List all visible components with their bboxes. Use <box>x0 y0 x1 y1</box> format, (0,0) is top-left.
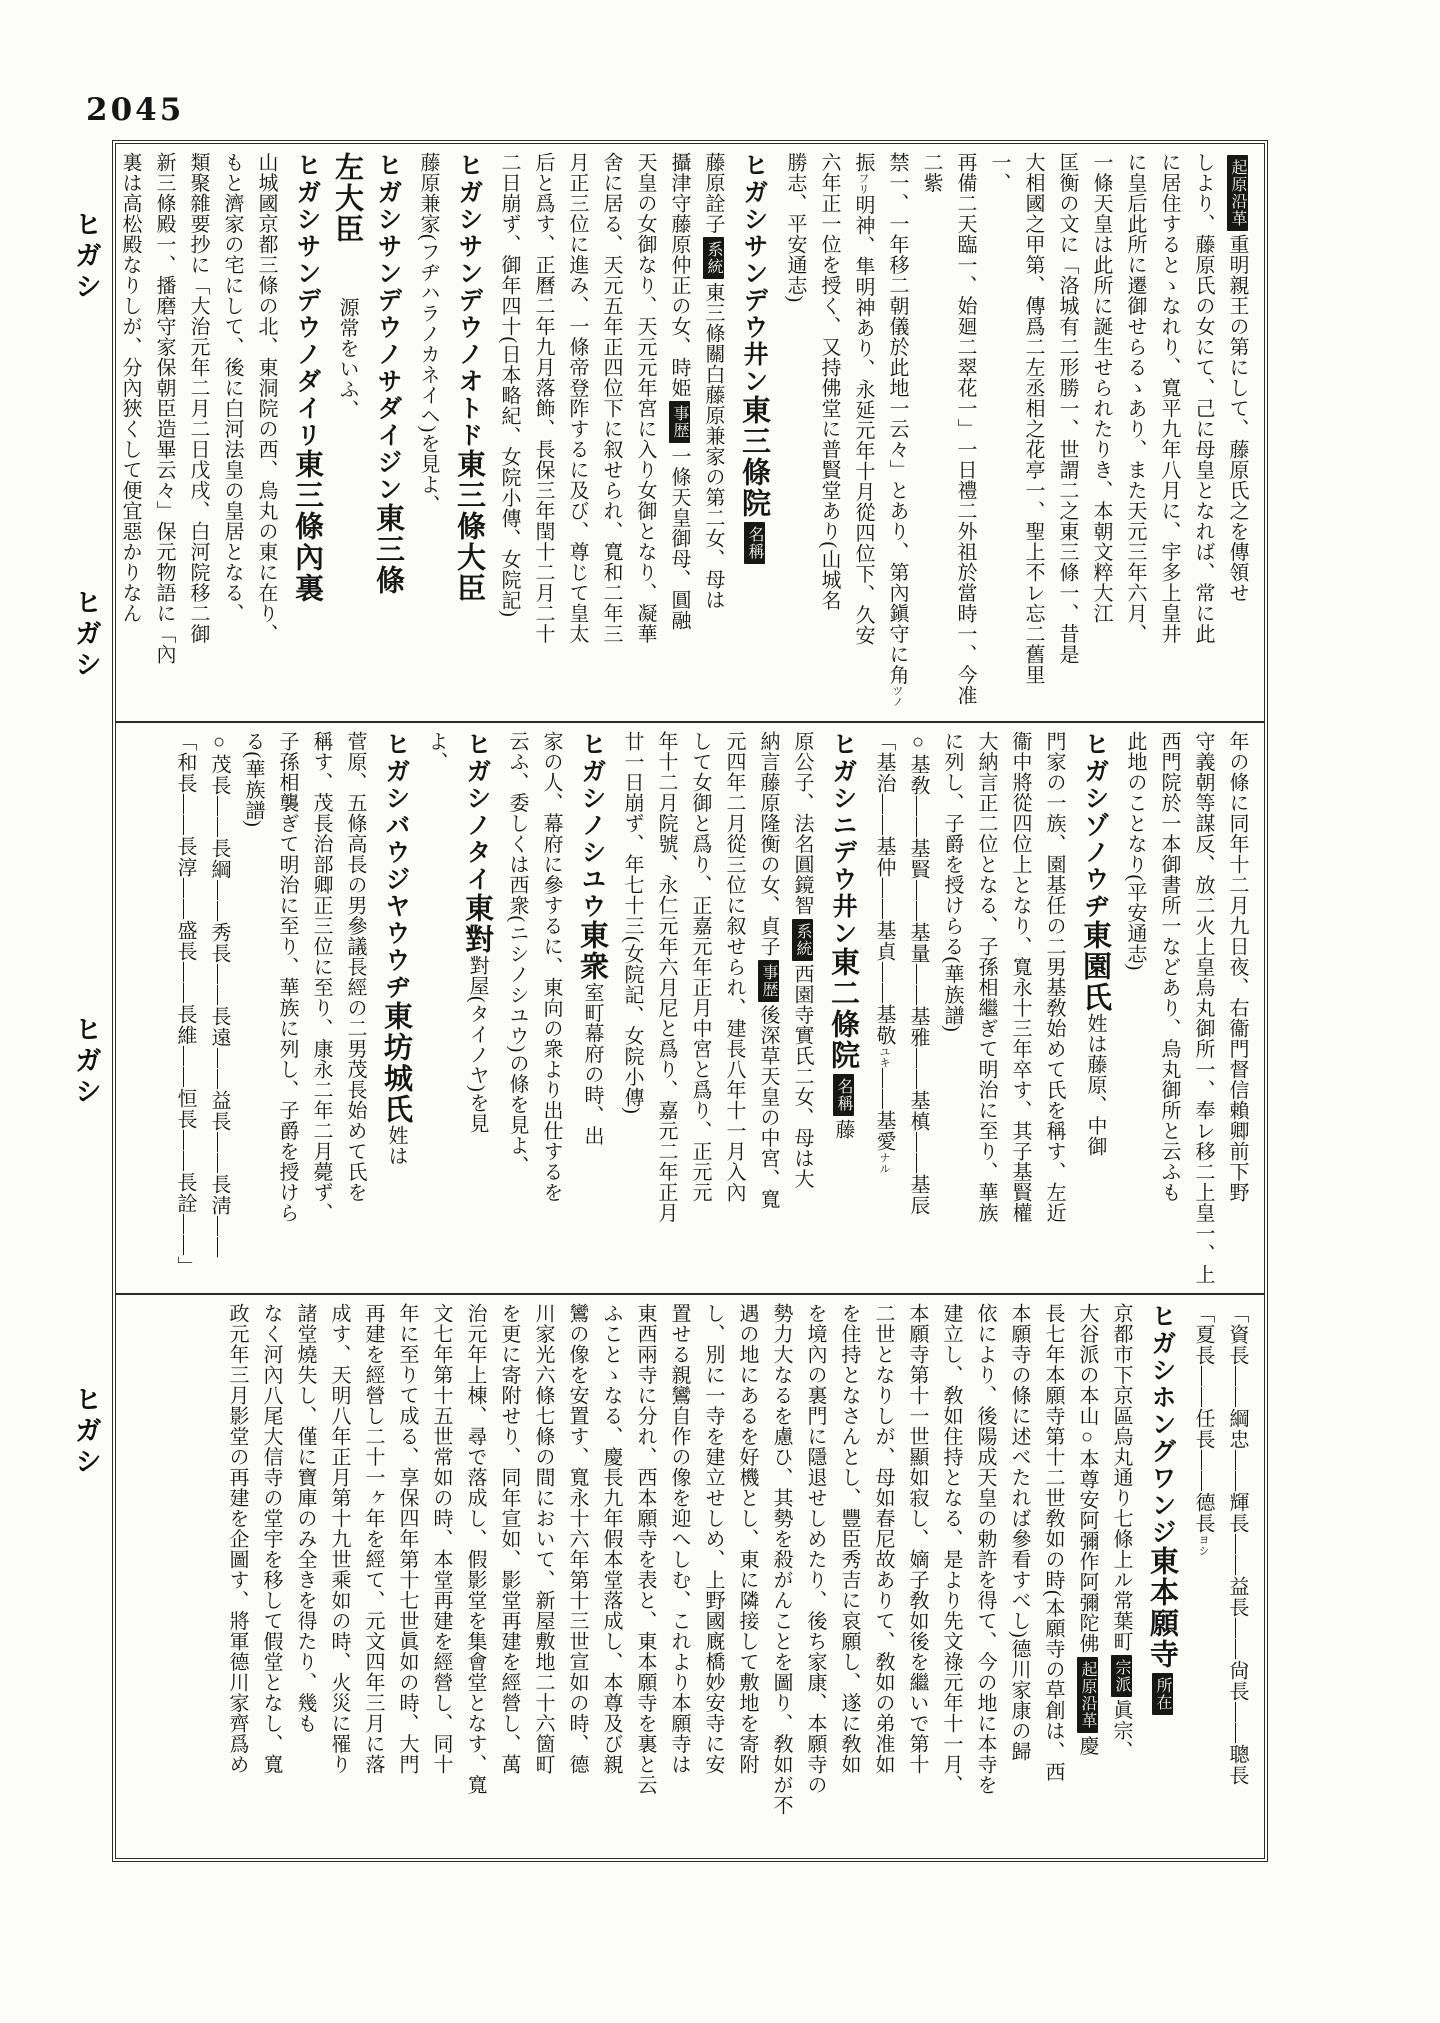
text-segment: 東衆 <box>576 920 608 982</box>
text-segment: ○基敎——基賢——基量——基雅——基槙——基辰 <box>907 731 929 1216</box>
text-segment: 室町幕府の時、出 <box>581 982 603 1146</box>
page-frame: 起原沿革重明親王の第にして、藤原氏之を傳領せしより、藤原氏の女にて、己に母皇とな… <box>112 140 1268 1862</box>
section-label: 系統 <box>792 919 813 961</box>
entry-heading-higashinoshuu: ヒガシノシユウ東衆室町幕府の時、出 <box>568 731 615 1285</box>
text-segment: 諸堂燒失し、僅に寶庫のみ全きを得たり、幾も <box>294 1303 316 1734</box>
text-segment: 東園氏 <box>1079 920 1111 1013</box>
text-segment: 依により、後陽成天皇の勅許を得て、今の地に本寺を <box>974 1303 996 1795</box>
text-segment: ふことゝなる、慶長九年假本堂落成し、本尊及び親 <box>600 1303 622 1775</box>
text-segment: 勢力大なるを慮ひ、其勢を殺がんことを圖り、敎如が不 <box>770 1303 792 1816</box>
text-column: 京都市下京區烏丸通り七條上ル常葉町宗派眞宗、 <box>1104 1303 1138 1850</box>
text-column: を境內の裏門に隱退せしめたり、後ち家康、本願寺の <box>798 1303 832 1850</box>
text-segment: 姓は藤原、中御 <box>1084 1013 1106 1157</box>
text-segment: 守義朝等謀反、放二火上皇烏丸御所一、奉レ移二上皇一、上 <box>1192 731 1214 1285</box>
text-segment: 攝津守藤原仲正の女、時姫 <box>668 152 690 398</box>
text-segment: 再備二天臨一、始廻二翠花一」一日禮二外祖於當時一、今准二紫 <box>920 152 976 706</box>
text-segment: して女御と爲り、正嘉元年正月中宮と爲り、正元元 <box>689 731 711 1203</box>
text-segment: 置せる親鸞自作の像を迎へしむ、これより本願寺は <box>668 1303 690 1775</box>
genealogy-column: 「夏長——任長——德長ヨシ <box>1186 1303 1220 1850</box>
text-segment: 藤原詮子 <box>702 152 724 234</box>
text-column: に列し、子爵を授けらる(華族譜) <box>935 731 969 1285</box>
text-segment: を更に寄附せり、同年宣如、影堂再建を經營し、萬 <box>498 1303 520 1775</box>
text-segment: ヒガシサンデウノオトド <box>455 152 483 449</box>
text-segment: 衞中將從四位上となり、寬永十三年卒す、其子基賢權 <box>1009 731 1031 1223</box>
text-column: 藤原兼家(フヂハラノカネイヘ)を見よ、 <box>411 152 445 713</box>
text-column: 一條天皇は此所に誕生せられたりき、本朝文粹大江 <box>1084 152 1118 713</box>
text-band-middle: 年の條に同年十二月九日夜、右衞門督信賴卿前下野守義朝等謀反、放二火上皇烏丸御所一… <box>116 721 1264 1293</box>
text-segment: 本願寺の條に述べたれば參看すべし)德川家康の歸 <box>1008 1303 1030 1761</box>
text-segment: 遇の地にあるを好機とし、東に隣接して敷地を寄附 <box>736 1303 758 1775</box>
text-column: 藤原詮子系統東三條關白藤原兼家の第二女、母は <box>696 152 730 713</box>
text-segment: 大相國之甲第、傳爲二左丞相之花亭一、聖上不レ忘二舊里一、 <box>988 152 1044 685</box>
text-band-bottom: 「資長——綱忠——輝長——益長——尙長——聰長「夏長——任長——德長ヨシヒガシホ… <box>116 1293 1264 1858</box>
text-column: 年の條に同年十二月九日夜、右衞門督信賴卿前下野 <box>1220 731 1254 1285</box>
text-column: 諸堂燒失し、僅に寶庫のみ全きを得たり、幾も <box>288 1303 322 1850</box>
text-segment: 東本願寺 <box>1146 1546 1178 1670</box>
text-segment: ヒガシサンデウノダイリ <box>293 152 321 449</box>
text-column: を住持となさんとし、豐臣秀吉に哀願し、遂に敎如 <box>832 1303 866 1850</box>
text-segment: 原公子、法名圓鏡智 <box>791 731 813 916</box>
section-label: 名稱 <box>833 1074 854 1116</box>
text-column: に皇后此所に遷御せらるゝあり、また天元三年六月、 <box>1118 152 1152 713</box>
text-segment: 東三條院 <box>738 395 770 519</box>
text-segment: 年の條に同年十二月九日夜、右衞門督信賴卿前下野 <box>1226 731 1248 1203</box>
entry-heading-higashisandeunodairi: ヒガシサンデウノダイリ東三條內裏 <box>283 152 330 713</box>
text-column: 子孫相襲ぎて明治に至り、華族に列し、子爵を授けら <box>270 731 304 1285</box>
text-column: 天皇の女御なり、天元元年宮に入り女御となり、凝華 <box>628 152 662 713</box>
margin-tab: ヒガシ <box>64 1385 106 1478</box>
text-segment: ——基愛 <box>873 1068 895 1152</box>
text-column: る(華族譜) <box>236 731 270 1285</box>
text-segment: ユキ <box>878 1046 890 1068</box>
text-segment: に列し、子爵を授けらる(華族譜) <box>941 731 963 1032</box>
text-segment: 東三條關白藤原兼家の第二女、母は <box>702 282 724 610</box>
text-column: 門家の一族、園基任の二男基敎始めて氏を稱す、左近 <box>1037 731 1071 1285</box>
text-column: 裏は高松殿なりしが、分內狹くして便宜惡かりなん <box>116 152 147 713</box>
text-column: しより、藤原氏の女にて、己に母皇となれば、常に此 <box>1186 152 1220 713</box>
text-column: 成す、天明八年正月第十九世乘如の時、火災に罹り <box>322 1303 356 1850</box>
text-column: ふことゝなる、慶長九年假本堂落成し、本尊及び親 <box>594 1303 628 1850</box>
text-segment: 新三條殿一、播磨守家保朝臣造畢云々」保元物語に「內 <box>153 152 175 665</box>
entry-heading-higashizonouji: ヒガシゾノウヂ東園氏姓は藤原、中御 <box>1071 731 1118 1285</box>
text-segment: 京都市下京區烏丸通り七條上ル常葉町 <box>1110 1303 1132 1652</box>
text-segment: ヒガシバウジヤウウヂ <box>382 731 410 1001</box>
text-column: 鸞の像を安置す、寬永十六年第十三世宣如の時、德 <box>560 1303 594 1850</box>
scanned-dictionary-page: 2045 ヒガシ ヒガシ ヒガシ ヒガシ 起原沿革重明親王の第にして、藤原氏之を… <box>0 0 1440 2023</box>
text-segment: なく河內八尾大信寺の堂宇を移して假堂となし、寬 <box>260 1303 282 1775</box>
text-segment: ヨシ <box>1197 1534 1209 1556</box>
text-column: 元四年二月從三位に叙せられ、建長八年十一月入內 <box>717 731 751 1285</box>
text-column: 此地のことなり(平安通志) <box>1118 731 1152 1285</box>
text-column: 二世となりしが、母如春尼故ありて、敎如の弟准如 <box>866 1303 900 1850</box>
text-segment: 「資長——綱忠——輝長——益長——尙長——聰長 <box>1226 1303 1248 1786</box>
text-column: よ、 <box>419 731 453 1285</box>
text-segment: 大谷派の本山○本尊安阿彌作阿彌陀佛 <box>1076 1303 1098 1654</box>
text-segment: 鸞の像を安置す、寬永十六年第十三世宣如の時、德 <box>566 1303 588 1775</box>
text-column: 本願寺の條に述べたれば參看すべし)德川家康の歸 <box>1002 1303 1036 1850</box>
text-segment: し、別に一寺を建立せしめ、上野國廐橋妙安寺に安 <box>702 1303 724 1775</box>
text-column: 勢力大なるを慮ひ、其勢を殺がんことを圖り、敎如が不 <box>764 1303 798 1850</box>
entry-heading-higashinotai: ヒガシノタイ東對對屋(タイノヤ)を見 <box>453 731 500 1285</box>
text-segment: 大納言正二位となる、子孫相繼ぎて明治に至り、華族 <box>975 731 997 1223</box>
entry-heading-higashisandeunootodo: ヒガシサンデウノオトド東三條大臣 <box>445 152 492 713</box>
text-segment: 再建を經營し二十一ヶ年を經て、元文四年三月に落 <box>362 1303 384 1775</box>
text-column: 月正三位に進み、一條帝登阼するに及び、尊じて皇太 <box>560 152 594 713</box>
margin-tab: ヒガシ <box>64 210 106 303</box>
text-column: 守義朝等謀反、放二火上皇烏丸御所一、奉レ移二上皇一、上 <box>1186 731 1220 1285</box>
page-number: 2045 <box>86 92 184 128</box>
text-segment: 西門院於一本御書所一などあり、烏丸御所と云ふも <box>1158 731 1180 1203</box>
text-column: 年十二月院號、永仁元年六月尼と爲り、嘉元二年正月 <box>649 731 683 1285</box>
text-segment: 東三條內裏 <box>291 449 323 604</box>
text-segment: 六年正一位を授く、又持佛堂に普賢堂あり(山城名 <box>818 152 840 610</box>
text-column: 遇の地にあるを好機とし、東に隣接して敷地を寄附 <box>730 1303 764 1850</box>
text-column: 起原沿革重明親王の第にして、藤原氏之を傳領せ <box>1220 152 1254 713</box>
text-segment: 對屋(タイノヤ)を見 <box>466 955 488 1133</box>
text-segment: 勝志、平安通志) <box>784 152 806 303</box>
genealogy-column: 「基治——基仲——基貞——基敬ユキ——基愛ナル <box>867 731 901 1285</box>
entry-heading-higashisandewin: ヒガシサンデウ井ン東三條院名稱 <box>730 152 778 713</box>
text-segment: 稱す、茂長治部卿正三位に至り、康永二年二月薨ず、 <box>310 731 332 1223</box>
entry-heading-higashinidewin: ヒガシニデウ井ン東二條院名稱藤 <box>819 731 867 1285</box>
text-segment: に皇后此所に遷御せらるゝあり、また天元三年六月、 <box>1124 152 1146 644</box>
text-segment: 元四年二月從三位に叙せられ、建長八年十一月入內 <box>723 731 745 1203</box>
text-segment: 禁一、一年移二朝儀於此地一云々」とあり、第內鎭守に角 <box>886 152 908 685</box>
text-segment: 納言藤原隆衡の女、貞子 <box>757 731 779 957</box>
text-segment: 藤原兼家(フヂハラノカネイヘ)を見よ、 <box>417 152 439 515</box>
text-segment: 眞宗、 <box>1110 1700 1132 1762</box>
text-segment: 此地のことなり(平安通志) <box>1124 731 1146 971</box>
text-segment: 源常をいふ、 <box>336 297 358 420</box>
text-column: 六年正一位を授く、又持佛堂に普賢堂あり(山城名 <box>812 152 846 713</box>
text-segment: 姓は <box>385 1125 407 1166</box>
text-segment: 振 <box>852 152 874 173</box>
text-segment: 年に至りて成る、享保四年第十七世眞如の時、大門 <box>396 1303 418 1775</box>
text-segment: 一條天皇御母、圓融 <box>668 446 690 631</box>
text-segment: 東三條大臣 <box>453 449 485 604</box>
text-column: 匡衡の文に「洛城有二形勝一、世謂二之東三條一、昔是 <box>1050 152 1084 713</box>
text-column: 二日崩ず、御年四十(日本略紀、女院小傳、女院記) <box>492 152 526 713</box>
text-segment: 慶 <box>1076 1736 1098 1757</box>
text-segment: 二世となりしが、母如春尼故ありて、敎如の弟准如 <box>872 1303 894 1775</box>
genealogy-column: ○基敎——基賢——基量——基雅——基槙——基辰 <box>901 731 935 1285</box>
text-segment: 建立し、敎如住持となる、是より先文祿元年十一月、 <box>940 1303 962 1795</box>
text-segment: 東三條 <box>372 503 404 596</box>
text-segment: 重明親王の第にして、藤原氏之を傳領せ <box>1226 234 1248 603</box>
text-segment: もと濟家の宅にして、後に白河法皇の皇居となる、 <box>221 152 243 624</box>
text-segment: 東西兩寺に分れ、西本願寺を表と、東本願寺を裏と云 <box>634 1303 656 1795</box>
text-column: 年に至りて成る、享保四年第十七世眞如の時、大門 <box>390 1303 424 1850</box>
text-segment: 本願寺第十一世顯如寂し、嫡子敎如後を繼いで第十 <box>906 1303 928 1775</box>
text-segment: 西園寺實氏二女、母は大 <box>791 964 813 1190</box>
text-column: 再建を經營し二十一ヶ年を經て、元文四年三月に落 <box>356 1303 390 1850</box>
text-column: 左大臣源常をいふ、 <box>330 152 364 713</box>
text-segment: フリ <box>857 173 869 195</box>
text-column: 云ふ、委しくは西衆(ニシノシユウ)の條を見よ、 <box>500 731 534 1285</box>
section-label: 事歴 <box>669 401 690 443</box>
text-segment: 文七年第十五世常如の時、本堂再建を經營し、同十 <box>430 1303 452 1775</box>
text-segment: を境內の裏門に隱退せしめたり、後ち家康、本願寺の <box>804 1303 826 1795</box>
text-column: 治元年上棟、尋で落成し、假影堂を集會堂となす、寬 <box>458 1303 492 1850</box>
text-column: 再備二天臨一、始廻二翠花一」一日禮二外祖於當時一、今准二紫 <box>914 152 982 713</box>
text-segment: 東坊城氏 <box>380 1001 412 1125</box>
section-label: 宗派 <box>1111 1655 1132 1697</box>
text-segment: しより、藤原氏の女にて、己に母皇となれば、常に此 <box>1192 152 1214 644</box>
text-column: 禁一、一年移二朝儀於此地一云々」とあり、第內鎭守に角ツノ <box>880 152 914 713</box>
text-segment: 天皇の女御なり、天元元年宮に入り女御となり、凝華 <box>634 152 656 644</box>
genealogy-column: 「和長——長淳——盛長——長維——恒長——長詮——」 <box>168 731 202 1285</box>
text-segment: 治元年上棟、尋で落成し、假影堂を集會堂となす、寬 <box>464 1303 486 1795</box>
text-segment: る(華族譜) <box>242 731 264 827</box>
text-segment: 門家の一族、園基任の二男基敎始めて氏を稱す、左近 <box>1043 731 1065 1223</box>
text-segment: 成す、天明八年正月第十九世乘如の時、火災に罹り <box>328 1303 350 1775</box>
text-segment: を住持となさんとし、豐臣秀吉に哀願し、遂に敎如 <box>838 1303 860 1775</box>
text-segment: ヒガシニデウ井ン <box>829 731 857 947</box>
text-column: 稱す、茂長治部卿正三位に至り、康永二年二月薨ず、 <box>304 731 338 1285</box>
text-segment: ヒガシホングワンジ <box>1148 1303 1176 1546</box>
text-band-top: 起原沿革重明親王の第にして、藤原氏之を傳領せしより、藤原氏の女にて、己に母皇とな… <box>116 144 1264 721</box>
text-column: 東西兩寺に分れ、西本願寺を表と、東本願寺を裏と云 <box>628 1303 662 1850</box>
section-label: 起原沿革 <box>1227 155 1248 231</box>
genealogy-column: ○茂長——長綱——秀長——長遠——益長——長淸—— <box>202 731 236 1285</box>
text-column: 山城國京都三條の北、東洞院の西、烏丸の東に在り、 <box>249 152 283 713</box>
text-segment: 二日崩ず、御年四十(日本略紀、女院小傳、女院記) <box>498 152 520 617</box>
text-segment: 東對 <box>461 893 493 955</box>
text-column: 類聚雜要抄に「大治元年二月二日戊戌、白河院移二御 <box>181 152 215 713</box>
text-segment: ツノ <box>891 685 903 707</box>
text-column: 勝志、平安通志) <box>778 152 812 713</box>
text-segment: 云ふ、委しくは西衆(ニシノシユウ)の條を見よ、 <box>506 731 528 1176</box>
text-segment: 子孫相襲ぎて明治に至り、華族に列し、子爵を授けら <box>276 731 298 1223</box>
text-segment: 藤 <box>832 1119 854 1140</box>
text-segment: 政元年三月影堂の再建を企圖す、將軍德川家齊爲め <box>226 1303 248 1775</box>
text-column: 川家光六條七條の間において、新屋敷地二十六箇町 <box>526 1303 560 1850</box>
text-column: 政元年三月影堂の再建を企圖す、將軍德川家齊爲め <box>220 1303 254 1850</box>
text-segment: 長七年本願寺第十二世敎如の時(本願寺の草創は、西 <box>1042 1303 1064 1782</box>
text-column: 原公子、法名圓鏡智系統西園寺實氏二女、母は大 <box>785 731 819 1285</box>
text-column: 大谷派の本山○本尊安阿彌作阿彌陀佛起原沿革慶 <box>1070 1303 1104 1850</box>
text-column: 置せる親鸞自作の像を迎へしむ、これより本願寺は <box>662 1303 696 1850</box>
text-column: を更に寄附せり、同年宣如、影堂再建を經營し、萬 <box>492 1303 526 1850</box>
text-column: 廿一日崩ず、年七十三(女院記、女院小傳) <box>615 731 649 1285</box>
text-column: なく河內八尾大信寺の堂宇を移して假堂となし、寬 <box>254 1303 288 1850</box>
text-column: 攝津守藤原仲正の女、時姫事歴一條天皇御母、圓融 <box>662 152 696 713</box>
text-segment: 「夏長——任長——德長 <box>1192 1303 1214 1534</box>
margin-tab: ヒガシ <box>64 588 106 681</box>
text-column: 后と爲す、正曆二年九月落飾、長保三年閏十二月二十 <box>526 152 560 713</box>
text-segment: 山城國京都三條の北、東洞院の西、烏丸の東に在り、 <box>255 152 277 644</box>
text-segment: 川家光六條七條の間において、新屋敷地二十六箇町 <box>532 1303 554 1775</box>
text-segment: ヒガシサンデウ井ン <box>740 152 768 395</box>
text-column: 長七年本願寺第十二世敎如の時(本願寺の草創は、西 <box>1036 1303 1070 1850</box>
text-segment: ヒガシサンデウノサダイジン <box>374 152 402 503</box>
text-column: 家の人、幕府に參するに、東向の衆より出仕するを <box>534 731 568 1285</box>
text-segment: 後深草天皇の中宮、寬 <box>757 1005 779 1210</box>
text-column: 大納言正二位となる、子孫相繼ぎて明治に至り、華族 <box>969 731 1003 1285</box>
section-label: 事歴 <box>758 960 779 1002</box>
text-segment: 東二條院 <box>827 947 859 1071</box>
text-column: 文七年第十五世常如の時、本堂再建を經營し、同十 <box>424 1303 458 1850</box>
text-segment: 菅原、五條高長の男參議長經の二男茂長始めて氏を <box>344 731 366 1203</box>
text-column: 振フリ明神、隼明神あり、永延元年十月從四位下、久安 <box>846 152 880 713</box>
text-column: もと濟家の宅にして、後に白河法皇の皇居となる、 <box>215 152 249 713</box>
text-column: 大相國之甲第、傳爲二左丞相之花亭一、聖上不レ忘二舊里一、 <box>982 152 1050 713</box>
text-segment: 家の人、幕府に參するに、東向の衆より出仕するを <box>540 731 562 1203</box>
text-segment: 廿一日崩ず、年七十三(女院記、女院小傳) <box>621 731 643 1114</box>
text-segment: 裏は高松殿なりしが、分內狹くして便宜惡かりなん <box>119 152 141 624</box>
text-segment: ヒガシノシユウ <box>578 731 606 920</box>
text-segment: 年十二月院號、永仁元年六月尼と爲り、嘉元二年正月 <box>655 731 677 1223</box>
text-column: に居住するとゝなれり、寬平九年八月に、宇多上皇井 <box>1152 152 1186 713</box>
text-segment: に居住するとゝなれり、寬平九年八月に、宇多上皇井 <box>1158 152 1180 644</box>
text-segment: よ、 <box>425 731 447 772</box>
section-label: 系統 <box>703 237 724 279</box>
text-segment: ヒガシゾノウヂ <box>1081 731 1109 920</box>
entry-heading-higashihonganji: ヒガシホングワンジ東本願寺所在 <box>1138 1303 1186 1850</box>
entry-heading-higashisandeunosadaijin: ヒガシサンデウノサダイジン東三條 <box>364 152 411 713</box>
text-column: 衞中將從四位上となり、寬永十三年卒す、其子基賢權 <box>1003 731 1037 1285</box>
section-label: 所在 <box>1152 1673 1173 1715</box>
text-column: 舍に居る、天元五年正四位下に叙せられ、寬和二年三 <box>594 152 628 713</box>
text-column: 菅原、五條高長の男參議長經の二男茂長始めて氏を <box>338 731 372 1285</box>
text-segment: ○茂長——長綱——秀長——長遠——益長——長淸—— <box>208 731 230 1258</box>
text-column: 本願寺第十一世顯如寂し、嫡子敎如後を繼いで第十 <box>900 1303 934 1850</box>
text-column: 西門院於一本御書所一などあり、烏丸御所と云ふも <box>1152 731 1186 1285</box>
text-segment: 匡衡の文に「洛城有二形勝一、世謂二之東三條一、昔是 <box>1056 152 1078 665</box>
text-segment: ナル <box>878 1152 890 1174</box>
entry-heading-higashiboujouji: ヒガシバウジヤウウヂ東坊城氏姓は <box>372 731 419 1285</box>
text-segment: 類聚雜要抄に「大治元年二月二日戊戌、白河院移二御 <box>187 152 209 644</box>
text-column: し、別に一寺を建立せしめ、上野國廐橋妙安寺に安 <box>696 1303 730 1850</box>
text-column: 納言藤原隆衡の女、貞子事歴後深草天皇の中宮、寬 <box>751 731 785 1285</box>
text-segment: 明神、隼明神あり、永延元年十月從四位下、久安 <box>852 195 874 646</box>
text-column: 建立し、敎如住持となる、是より先文祿元年十一月、 <box>934 1303 968 1850</box>
margin-tab: ヒガシ <box>64 1015 106 1108</box>
text-segment: 一條天皇は此所に誕生せられたりき、本朝文粹大江 <box>1090 152 1112 624</box>
text-segment: 左大臣 <box>331 152 363 245</box>
text-segment: 后と爲す、正曆二年九月落飾、長保三年閏十二月二十 <box>532 152 554 644</box>
text-segment: 舍に居る、天元五年正四位下に叙せられ、寬和二年三 <box>600 152 622 644</box>
genealogy-column: 「資長——綱忠——輝長——益長——尙長——聰長 <box>1220 1303 1254 1850</box>
text-segment: 月正三位に進み、一條帝登阼するに及び、尊じて皇太 <box>566 152 588 644</box>
text-segment: 「和長——長淳——盛長——長維——恒長——長詮——」 <box>174 731 196 1277</box>
section-label: 起原沿革 <box>1077 1657 1098 1733</box>
text-column: して女御と爲り、正嘉元年正月中宮と爲り、正元元 <box>683 731 717 1285</box>
text-column: 依により、後陽成天皇の勅許を得て、今の地に本寺を <box>968 1303 1002 1850</box>
text-segment: ヒガシノタイ <box>463 731 491 893</box>
text-column: 新三條殿一、播磨守家保朝臣造畢云々」保元物語に「內 <box>147 152 181 713</box>
text-segment: 「基治——基仲——基貞——基敬 <box>873 731 895 1046</box>
section-label: 名稱 <box>744 522 765 564</box>
